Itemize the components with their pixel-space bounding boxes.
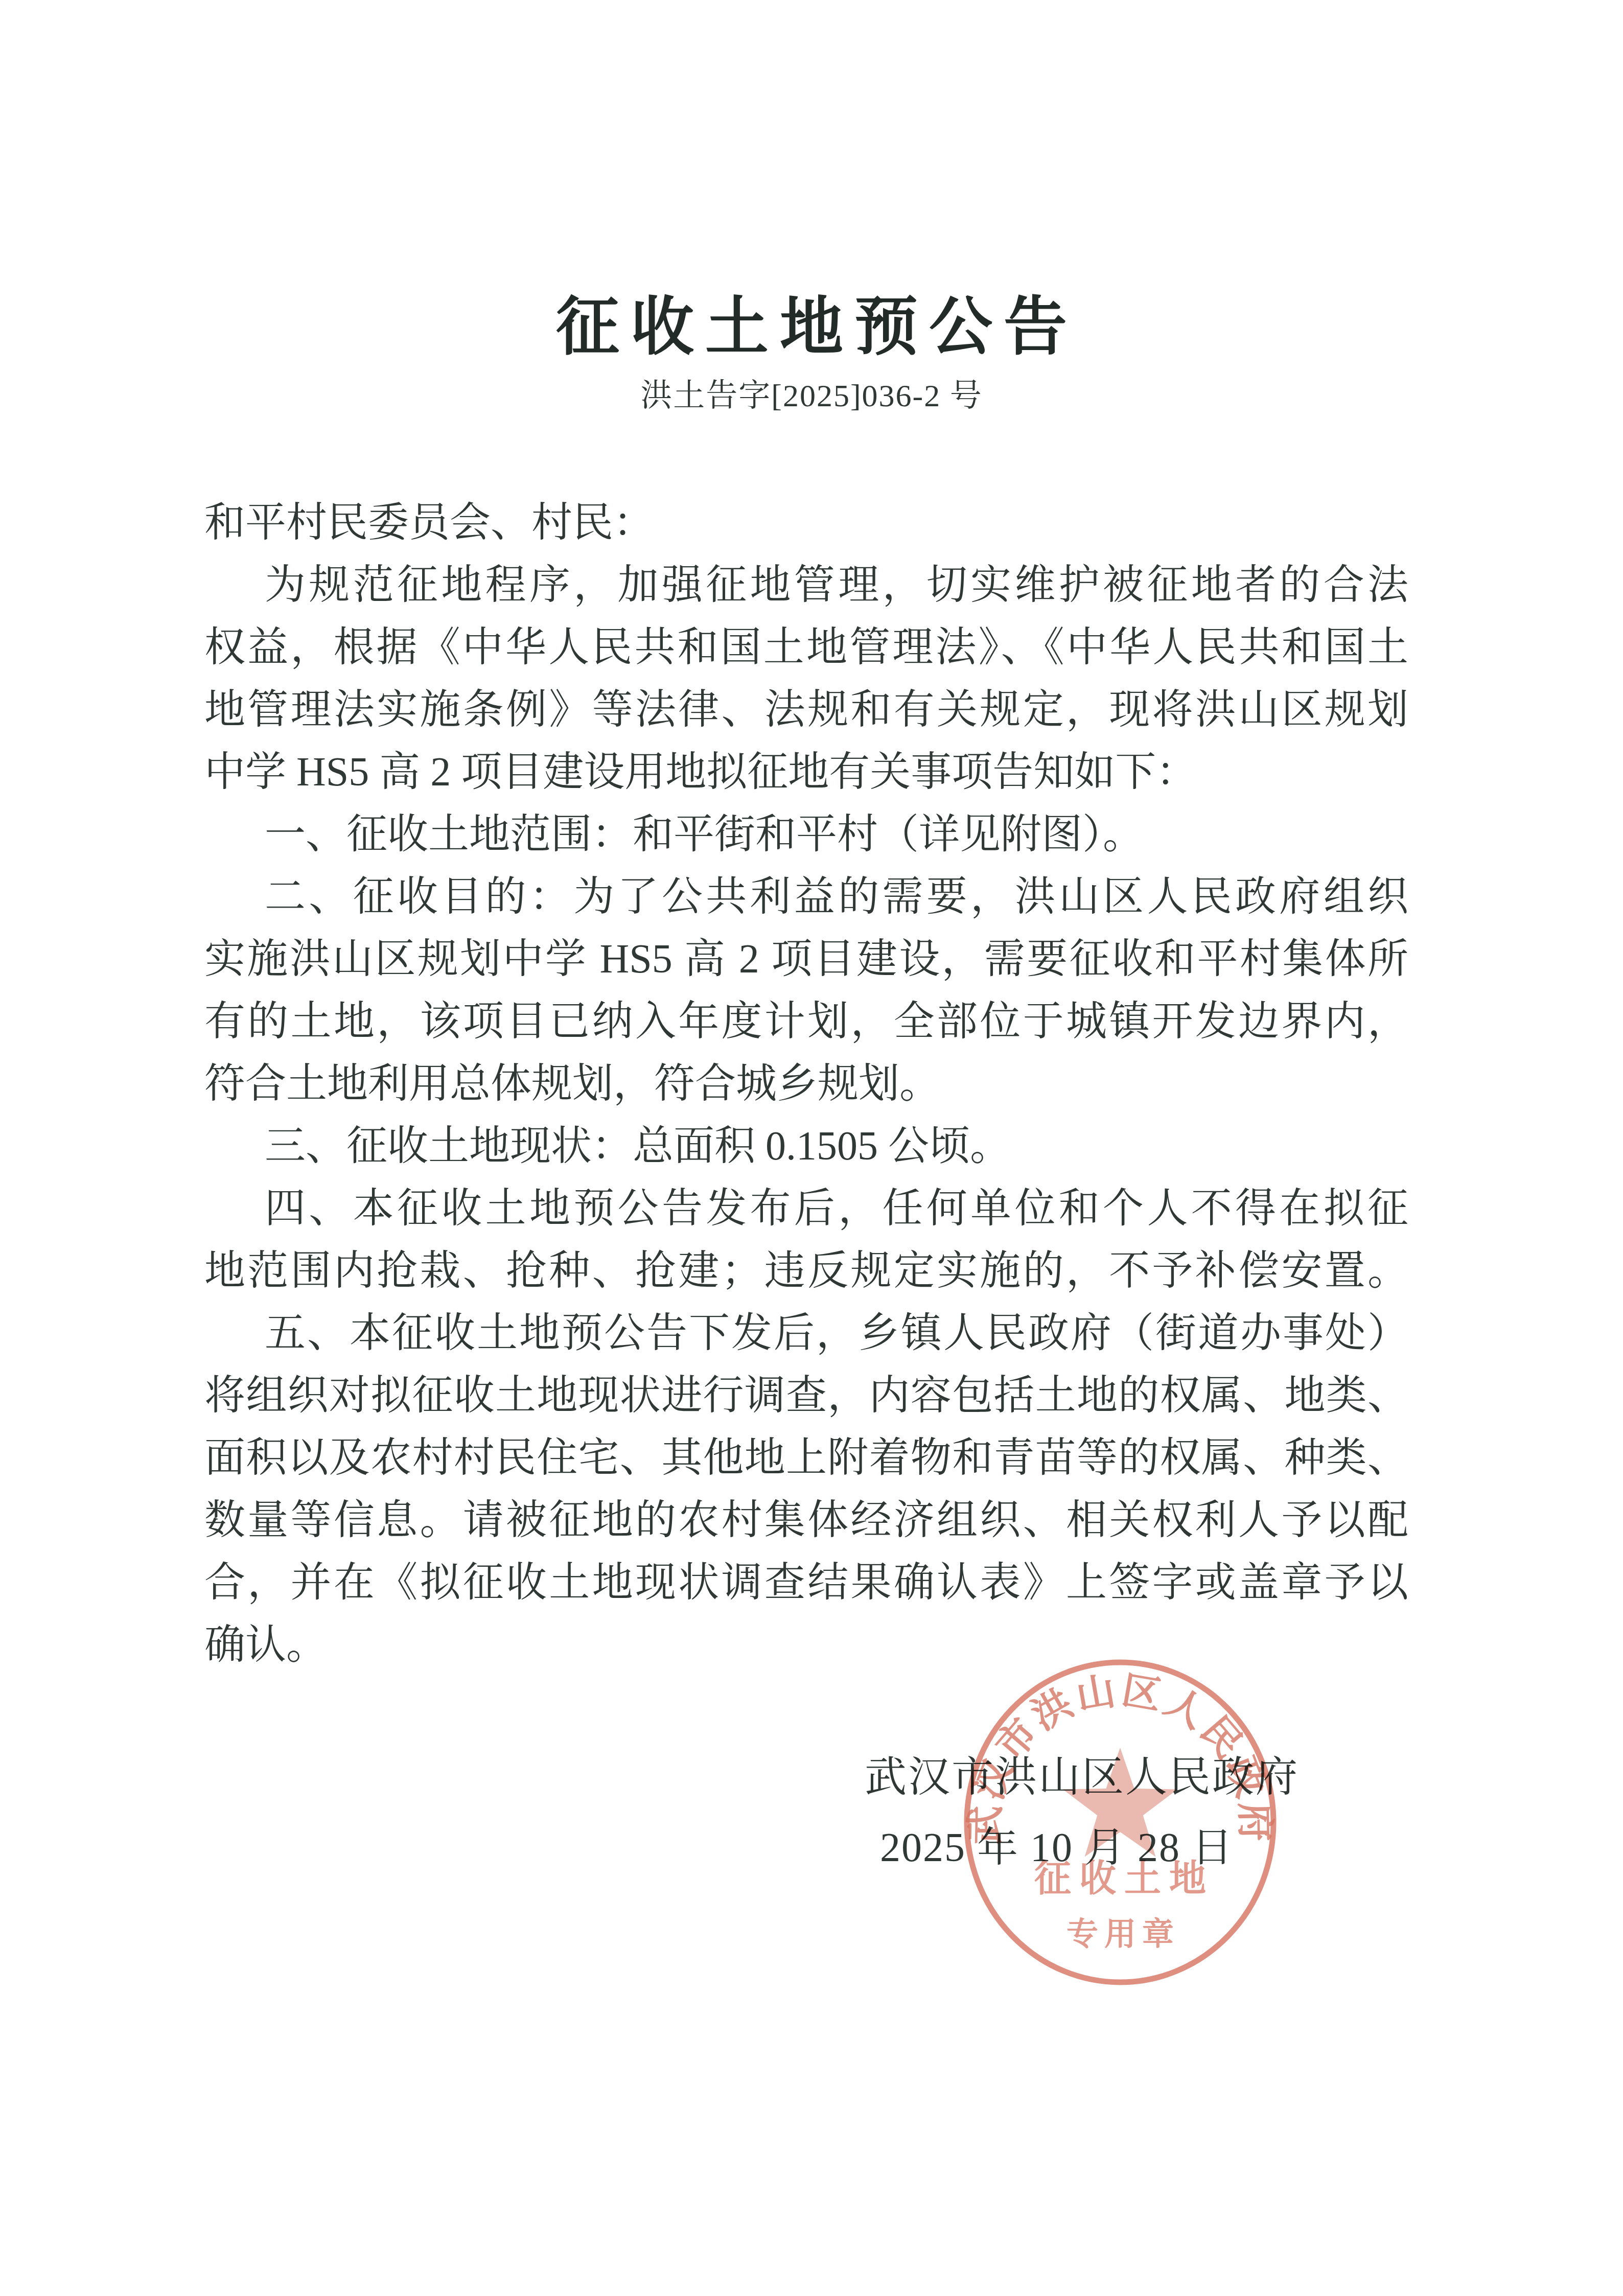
document-number: 洪土告字[2025]036-2 号 [0, 370, 1623, 415]
body-line: 五、本征收土地预公告下发后，乡镇人民政府（街道办事处） [204, 1302, 1408, 1364]
body-line: 二、征收目的：为了公共利益的需要，洪山区人民政府组织 [204, 866, 1408, 928]
body-line: 地范围内抢栽、抢种、抢建；违反规定实施的，不予补偿安置。 [204, 1240, 1408, 1302]
document-page: 征收土地预公告 洪土告字[2025]036-2 号 和平村民委员会、村民：为规范… [0, 0, 1623, 2296]
body-line: 中学 HS5 高 2 项目建设用地拟征地有关事项告知如下： [204, 741, 1408, 803]
body-line: 为规范征地程序，加强征地管理，切实维护被征地者的合法 [204, 554, 1408, 616]
body-line: 实施洪山区规划中学 HS5 高 2 项目建设，需要征收和平村集体所 [204, 928, 1408, 990]
seal-text-line2: 专用章 [1066, 1917, 1180, 1952]
body-line: 和平村民委员会、村民： [204, 492, 1408, 554]
body-line: 面积以及农村村民住宅、其他地上附着物和青苗等的权属、种类、 [204, 1427, 1408, 1489]
body-line: 数量等信息。请被征地的农村集体经济组织、相关权利人予以配 [204, 1489, 1408, 1551]
body-line: 一、征收土地范围：和平街和平村（详见附图）。 [204, 803, 1408, 866]
body-line: 有的土地，该项目已纳入年度计划，全部位于城镇开发边界内， [204, 990, 1408, 1053]
body-line: 合，并在《拟征收土地现状调查结果确认表》上签字或盖章予以 [204, 1551, 1408, 1614]
signature-date: 2025 年 10 月 28 日 [880, 1814, 1234, 1873]
body-line: 地管理法实施条例》等法律、法规和有关规定，现将洪山区规划 [204, 679, 1408, 741]
body-line: 四、本征收土地预公告发布后，任何单位和个人不得在拟征 [204, 1177, 1408, 1240]
body-line: 确认。 [204, 1614, 1408, 1676]
signature-issuer: 武汉市洪山区人民政府 [865, 1744, 1299, 1803]
body-line: 三、征收土地现状：总面积 0.1505 公顷。 [204, 1115, 1408, 1177]
document-title: 征收土地预公告 [0, 276, 1623, 367]
body-line: 符合土地利用总体规划，符合城乡规划。 [204, 1053, 1408, 1115]
body-line: 将组织对拟征收土地现状进行调查，内容包括土地的权属、地类、 [204, 1364, 1408, 1427]
document-body: 和平村民委员会、村民：为规范征地程序，加强征地管理，切实维护被征地者的合法权益，… [204, 492, 1408, 1676]
body-line: 权益，根据《中华人民共和国土地管理法》、《中华人民共和国土 [204, 616, 1408, 679]
